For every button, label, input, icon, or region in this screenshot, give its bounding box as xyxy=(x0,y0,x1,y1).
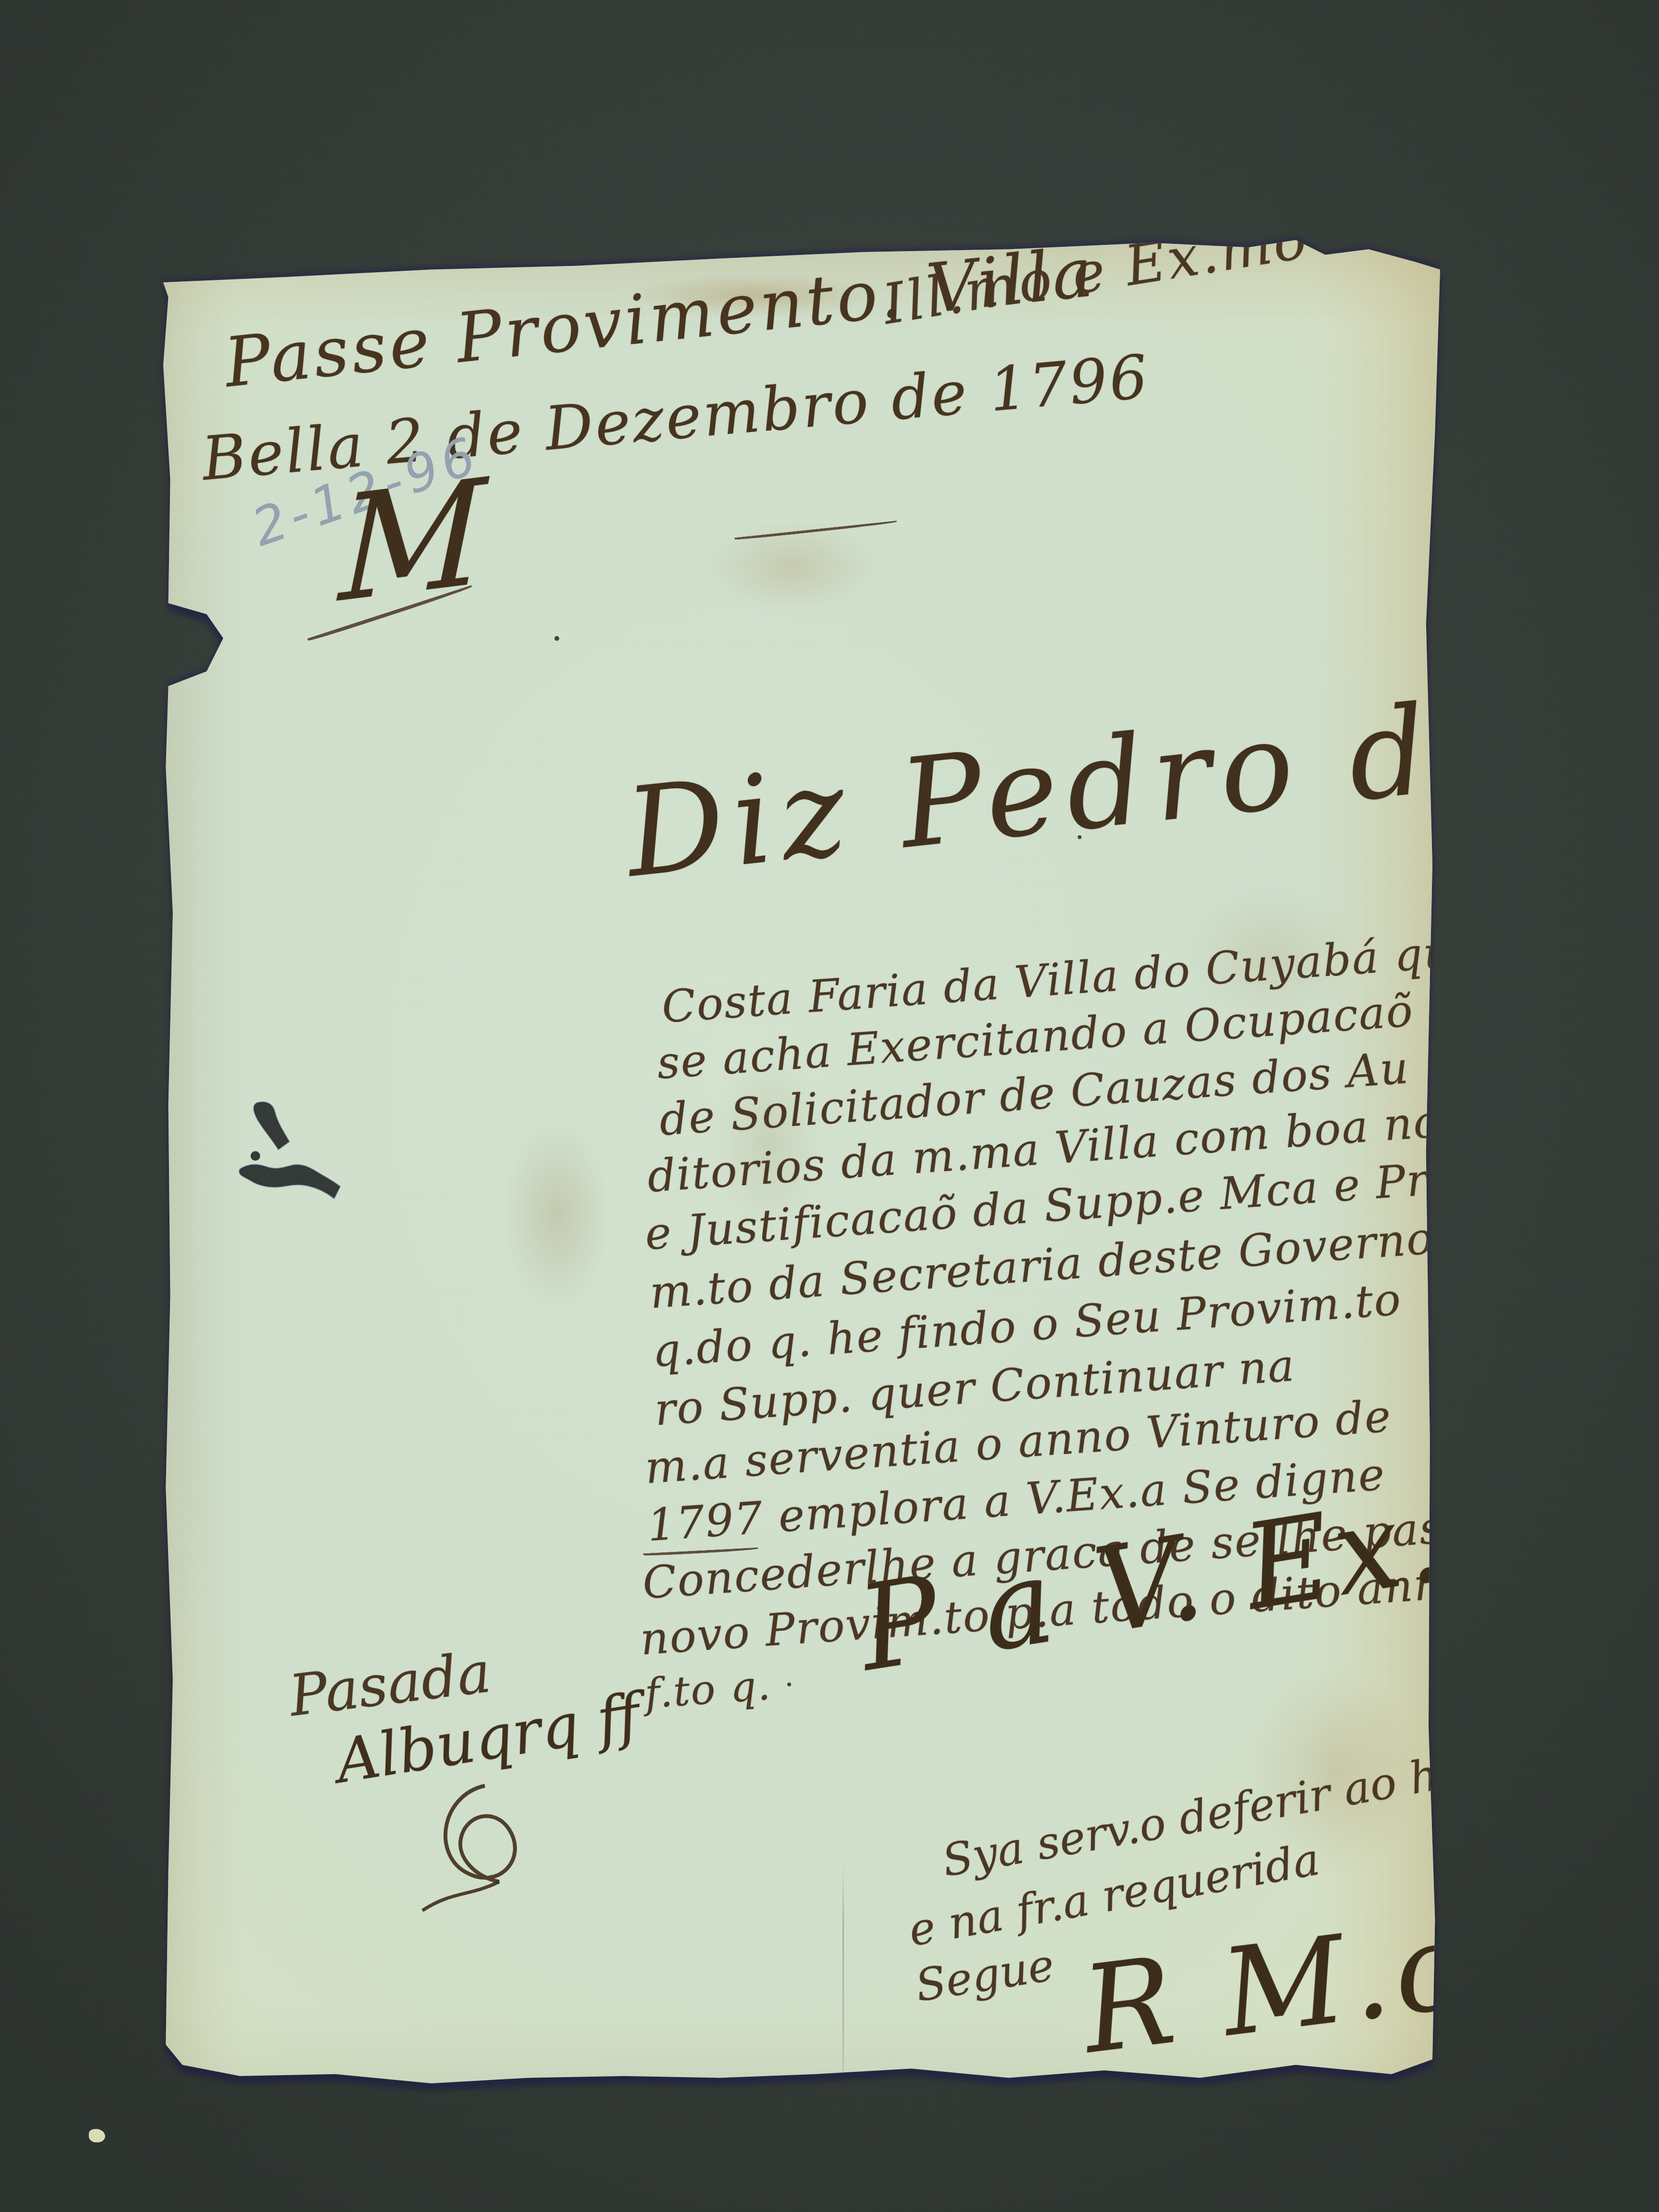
petition-body-line: f.to q. xyxy=(643,1662,772,1718)
document-paper: Ill.mo e Ex.mo Snr. Passe Provimento. Vi… xyxy=(163,240,1440,2083)
ink-speck xyxy=(787,1683,791,1686)
paper-sheet: Ill.mo e Ex.mo Snr. Passe Provimento. Vi… xyxy=(163,240,1440,2083)
foxing-stain xyxy=(667,499,917,634)
signature-flourish xyxy=(413,1776,557,1920)
fold-crease xyxy=(842,1863,844,2083)
photo-background: Ill.mo e Ex.mo Snr. Passe Provimento. Vi… xyxy=(0,0,1659,2212)
petition-opening: Diz Pedro da xyxy=(619,670,1524,905)
ink-speck xyxy=(554,636,559,641)
paper-crumb-speck xyxy=(89,2129,105,2142)
foxing-stain xyxy=(480,1080,634,1349)
underline-1796-flourish xyxy=(734,520,897,541)
paper-hole xyxy=(230,1099,346,1214)
